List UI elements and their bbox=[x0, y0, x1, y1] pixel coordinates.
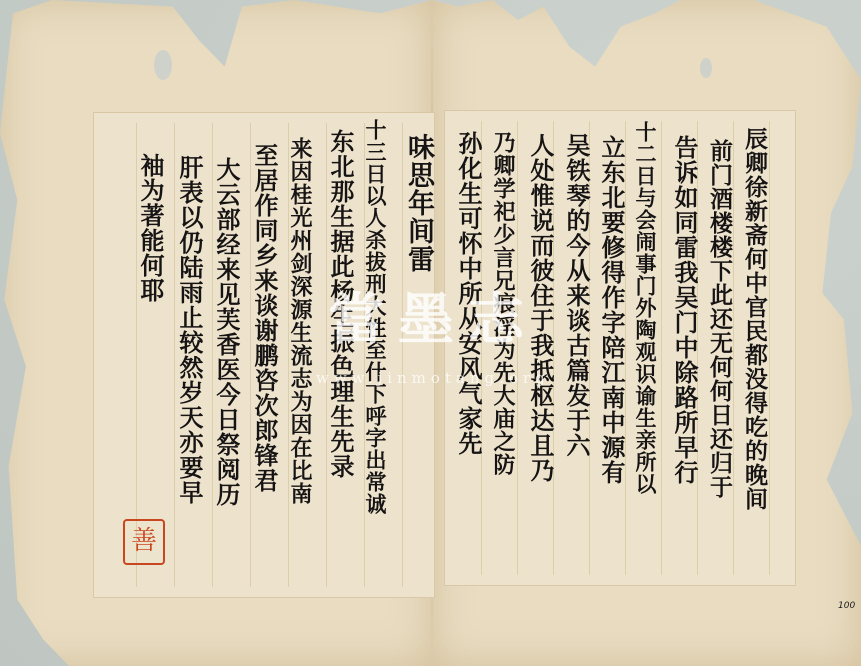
page-number: 100 bbox=[838, 601, 855, 611]
red-seal-stamp: 善 bbox=[123, 519, 165, 565]
watermark-url: www.jinmotang.org bbox=[316, 369, 550, 387]
water-stain bbox=[154, 50, 172, 80]
text-column: 告诉如同雷我吴门中除路所早行 bbox=[669, 135, 699, 485]
ruling-line bbox=[661, 121, 662, 575]
text-column: 辰卿徐新斋何中官民都没得吃的晚间 bbox=[741, 127, 768, 511]
text-column: 至居作同乡来谈谢鹏咨次郎锋君 bbox=[249, 143, 280, 493]
text-column: 袖为著能何耶 bbox=[135, 153, 166, 303]
text-column: 立东北要修得作字陪江南中源有 bbox=[597, 135, 626, 485]
text-column: 味思年间雷 bbox=[401, 133, 435, 273]
text-column: 十二日与会闹事门外陶观识谕生亲所以 bbox=[633, 121, 658, 495]
water-stain bbox=[700, 58, 712, 78]
watermark-logo: 當墨志 bbox=[328, 276, 538, 356]
ruling-line bbox=[733, 121, 734, 575]
text-column: 来因桂光州剑深源生流志为因在比南 bbox=[287, 137, 313, 505]
seal-character: 善 bbox=[131, 526, 157, 556]
text-column: 前门酒楼楼下此还无何何日还归于 bbox=[705, 139, 733, 499]
ruling-line bbox=[769, 121, 770, 575]
text-column: 大云部经来见芙香医今日祭阅历 bbox=[211, 157, 241, 507]
text-column: 吴铁琴的今从来谈古篇发于六 bbox=[561, 133, 591, 458]
text-column: 肝表以仍陆雨止较然岁天亦要早 bbox=[173, 155, 206, 505]
